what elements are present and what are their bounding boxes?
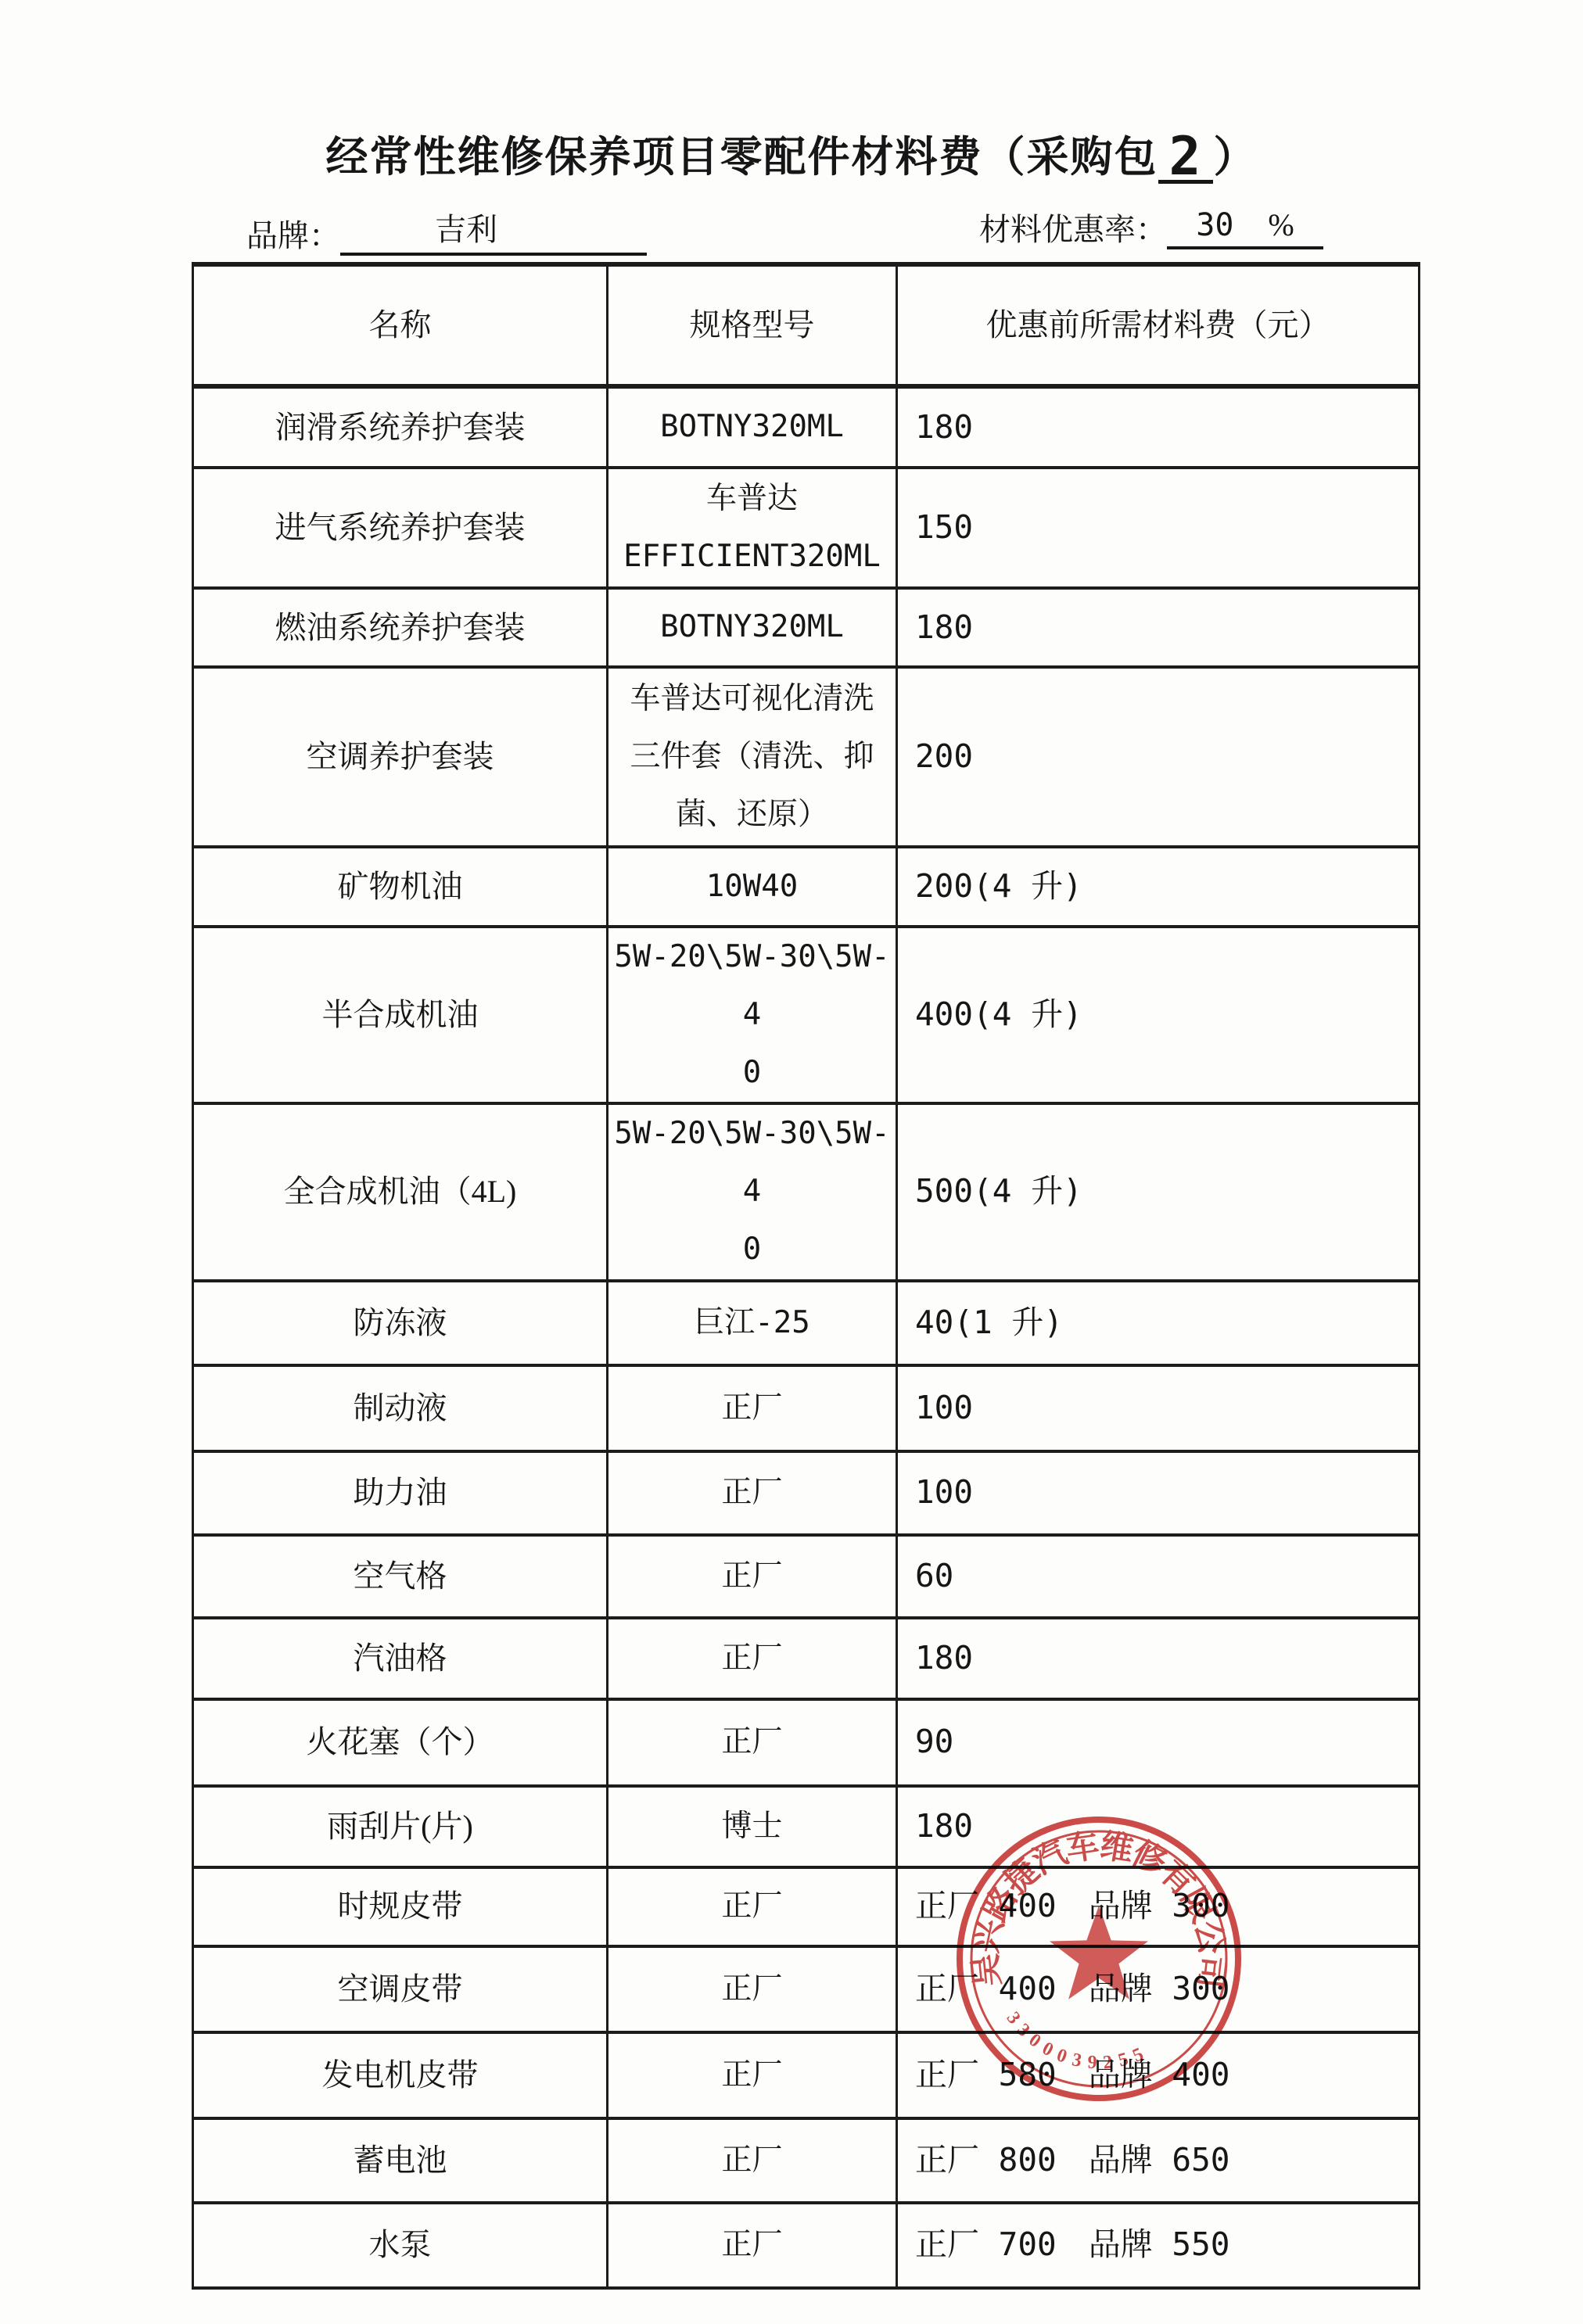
- item-name: 空调养护套装: [193, 667, 608, 847]
- item-fee: 400(4 升): [897, 927, 1420, 1103]
- item-spec: 5W-20\5W-30\5W-4 0: [608, 1103, 897, 1280]
- item-fee: 正厂 400 品牌 300: [897, 1867, 1420, 1946]
- item-spec: 正厂: [608, 1365, 897, 1451]
- item-spec: 正厂: [608, 1867, 897, 1946]
- table-row: 制动液正厂100: [193, 1365, 1420, 1451]
- brand-value: 吉利: [340, 205, 647, 256]
- item-fee: 正厂 400 品牌 300: [897, 1946, 1420, 2032]
- item-fee: 100: [897, 1451, 1420, 1535]
- table-row: 全合成机油（4L)5W-20\5W-30\5W-4 0500(4 升): [193, 1103, 1420, 1280]
- scanned-document-page: 经常性维修保养项目零配件材料费（采购包2） 品牌：吉利 材料优惠率：30% 名称…: [0, 0, 1583, 2324]
- item-spec: 正厂: [608, 1699, 897, 1786]
- item-spec: 10W40: [608, 847, 897, 927]
- header-name: 名称: [193, 264, 608, 386]
- item-spec: 正厂: [608, 1535, 897, 1618]
- item-name: 燃油系统养护套装: [193, 588, 608, 667]
- title-post: ）: [1213, 134, 1257, 181]
- discount-value-line: 30%: [1167, 206, 1323, 249]
- item-fee: 150: [897, 468, 1420, 588]
- table-row: 燃油系统养护套装BOTNY320ML180: [193, 588, 1420, 667]
- package-number: 2: [1158, 136, 1214, 184]
- item-fee: 正厂 700 品牌 550: [897, 2203, 1420, 2288]
- table-row: 半合成机油5W-20\5W-30\5W-4 0400(4 升): [193, 927, 1420, 1103]
- item-spec: 正厂: [608, 1946, 897, 2032]
- item-fee: 正厂 800 品牌 650: [897, 2118, 1420, 2203]
- item-fee: 180: [897, 386, 1420, 468]
- item-spec: BOTNY320ML: [608, 386, 897, 468]
- item-spec: BOTNY320ML: [608, 588, 897, 667]
- item-name: 助力油: [193, 1451, 608, 1535]
- table-row: 水泵正厂正厂 700 品牌 550: [193, 2203, 1420, 2288]
- item-fee: 200: [897, 667, 1420, 847]
- table-row: 助力油正厂100: [193, 1451, 1420, 1535]
- item-spec: 正厂: [608, 2118, 897, 2203]
- item-name: 润滑系统养护套装: [193, 386, 608, 468]
- table-row: 蓄电池正厂正厂 800 品牌 650: [193, 2118, 1420, 2203]
- item-fee: 180: [897, 1786, 1420, 1867]
- brand-label: 品牌：: [246, 218, 340, 253]
- item-spec: 正厂: [608, 2032, 897, 2118]
- item-spec: 正厂: [608, 1451, 897, 1535]
- item-fee: 500(4 升): [897, 1103, 1420, 1280]
- item-name: 空调皮带: [193, 1946, 608, 2032]
- materials-fee-table: 名称 规格型号 优惠前所需材料费（元） 润滑系统养护套装BOTNY320ML18…: [192, 262, 1420, 2290]
- item-name: 发电机皮带: [193, 2032, 608, 2118]
- brand-field: 品牌：吉利: [246, 205, 647, 256]
- item-spec: 车普达 EFFICIENT320ML: [608, 468, 897, 588]
- item-spec: 正厂: [608, 1618, 897, 1699]
- meta-line: 品牌：吉利 材料优惠率：30%: [0, 205, 1583, 261]
- table-row: 矿物机油10W40200(4 升): [193, 847, 1420, 927]
- table-row: 时规皮带正厂正厂 400 品牌 300: [193, 1867, 1420, 1946]
- page-title: 经常性维修保养项目零配件材料费（采购包2）: [0, 124, 1583, 184]
- header-spec: 规格型号: [608, 264, 897, 386]
- header-fee: 优惠前所需材料费（元）: [897, 264, 1420, 386]
- table-row: 润滑系统养护套装BOTNY320ML180: [193, 386, 1420, 468]
- item-fee: 60: [897, 1535, 1420, 1618]
- item-name: 空气格: [193, 1535, 608, 1618]
- table-row: 进气系统养护套装车普达 EFFICIENT320ML150: [193, 468, 1420, 588]
- item-name: 水泵: [193, 2203, 608, 2288]
- item-spec: 车普达可视化清洗 三件套（清洗、抑 菌、还原）: [608, 667, 897, 847]
- item-name: 矿物机油: [193, 847, 608, 927]
- item-fee: 100: [897, 1365, 1420, 1451]
- discount-field: 材料优惠率：30%: [979, 205, 1323, 249]
- item-name: 雨刮片(片): [193, 1786, 608, 1867]
- table-row: 汽油格正厂180: [193, 1618, 1420, 1699]
- table-row: 空调皮带正厂正厂 400 品牌 300: [193, 1946, 1420, 2032]
- item-name: 防冻液: [193, 1281, 608, 1365]
- percent-sign: %: [1268, 206, 1294, 243]
- table-row: 雨刮片(片)博士180: [193, 1786, 1420, 1867]
- item-name: 时规皮带: [193, 1867, 608, 1946]
- item-spec: 巨江-25: [608, 1281, 897, 1365]
- item-name: 汽油格: [193, 1618, 608, 1699]
- table-row: 空调养护套装车普达可视化清洗 三件套（清洗、抑 菌、还原）200: [193, 667, 1420, 847]
- item-spec: 5W-20\5W-30\5W-4 0: [608, 927, 897, 1103]
- item-name: 半合成机油: [193, 927, 608, 1103]
- discount-label: 材料优惠率：: [979, 212, 1167, 247]
- item-fee: 180: [897, 1618, 1420, 1699]
- table-header-row: 名称 规格型号 优惠前所需材料费（元）: [193, 264, 1420, 386]
- table-row: 防冻液巨江-2540(1 升): [193, 1281, 1420, 1365]
- item-fee: 200(4 升): [897, 847, 1420, 927]
- item-fee: 正厂 580 品牌 400: [897, 2032, 1420, 2118]
- item-spec: 正厂: [608, 2203, 897, 2288]
- item-fee: 40(1 升): [897, 1281, 1420, 1365]
- item-name: 进气系统养护套装: [193, 468, 608, 588]
- title-pre: 经常性维修保养项目零配件材料费（采购包: [326, 134, 1158, 181]
- table-row: 空气格正厂60: [193, 1535, 1420, 1618]
- item-name: 全合成机油（4L): [193, 1103, 608, 1280]
- item-spec: 博士: [608, 1786, 897, 1867]
- item-name: 火花塞（个）: [193, 1699, 608, 1786]
- item-fee: 90: [897, 1699, 1420, 1786]
- table-row: 火花塞（个）正厂90: [193, 1699, 1420, 1786]
- item-name: 蓄电池: [193, 2118, 608, 2203]
- item-fee: 180: [897, 588, 1420, 667]
- table-row: 发电机皮带正厂正厂 580 品牌 400: [193, 2032, 1420, 2118]
- item-name: 制动液: [193, 1365, 608, 1451]
- discount-value: 30: [1196, 207, 1233, 243]
